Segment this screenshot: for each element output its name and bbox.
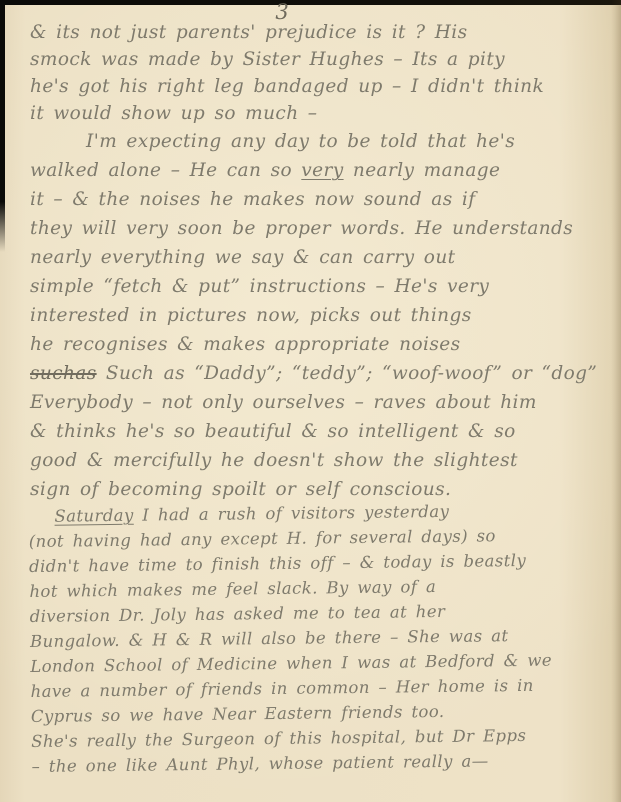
handwritten-line: smock was made by Sister Hughes – Its a … [30,46,608,73]
letter-paragraph: I'm expecting any day to be told that he… [30,127,608,504]
text-segment: & its not just parents' prejudice is it … [30,22,467,43]
handwritten-line: he's got his right leg bandaged up – I d… [30,73,608,100]
text-segment: diversion Dr. Joly has asked me to tea a… [30,602,446,626]
text-segment: Bungalow. & H & R will also be there – S… [30,626,509,651]
handwritten-line: it – & the noises he makes now sound as … [30,185,608,214]
handwritten-line: good & mercifully he doesn't show the sl… [30,446,608,475]
text-segment: he's got his right leg bandaged up – I d… [30,76,544,97]
handwritten-line: interested in pictures now, picks out th… [30,301,608,330]
handwritten-line: & thinks he's so beautiful & so intellig… [30,417,608,446]
text-segment: (not having had any except H. for severa… [29,526,496,551]
handwritten-line: nearly everything we say & can carry out [30,243,608,272]
text-segment: have a number of friends in common – Her… [30,676,533,701]
handwritten-line: he recognises & makes appropriate noises [30,330,608,359]
text-segment: didn't have time to finish this off – & … [29,551,526,576]
text-segment: Such as “Daddy”; “teddy”; “woof-woof” or… [97,363,598,384]
letter-paragraph: & its not just parents' prejudice is it … [30,19,608,127]
letter-paragraph: Saturday I had a rush of visitors yester… [28,497,609,779]
text-segment: good & mercifully he doesn't show the sl… [30,450,518,471]
text-segment: Everybody – not only ourselves – raves a… [30,392,537,413]
text-segment: smock was made by Sister Hughes – Its a … [30,49,505,70]
underlined-word: very [301,160,343,181]
text-segment: I'm expecting any day to be told that he… [86,131,515,152]
text-segment: he recognises & makes appropriate noises [30,334,460,355]
text-segment: nearly manage [344,160,501,181]
handwritten-line: suchas Such as “Daddy”; “teddy”; “woof-w… [30,359,608,388]
text-segment: Cyprus so we have Near Eastern friends t… [31,702,445,726]
text-segment: – the one like Aunt Phyl, whose patient … [31,751,488,776]
text-segment: & thinks he's so beautiful & so intellig… [30,421,516,442]
handwritten-line: I'm expecting any day to be told that he… [30,127,608,156]
handwritten-line: & its not just parents' prejudice is it … [30,19,608,46]
handwritten-line: walked alone – He can so very nearly man… [30,156,608,185]
text-segment: it would show up so much – [30,103,317,124]
text-segment: London School of Medicine when I was at … [30,651,552,676]
letter-body: & its not just parents' prejudice is it … [30,19,608,779]
text-segment: I had a rush of visitors yesterday [134,502,450,525]
text-segment: walked alone – He can so [30,160,301,181]
text-segment: sign of becoming spoilt or self consciou… [30,479,451,500]
scanned-letter-page: 3 & its not just parents' prejudice is i… [0,0,621,802]
paper-edge-shadow [611,0,621,802]
text-segment: it – & the noises he makes now sound as … [30,189,475,210]
underlined-word: Saturday [54,506,133,526]
scan-edge-top [0,0,621,5]
text-segment: interested in pictures now, picks out th… [30,305,472,326]
handwritten-line: simple “fetch & put” instructions – He's… [30,272,608,301]
scan-edge-left [0,0,5,252]
handwritten-line: it would show up so much – [30,100,608,127]
handwritten-line: Everybody – not only ourselves – raves a… [30,388,608,417]
struck-out-word: suchas [30,363,97,384]
handwritten-line: they will very soon be proper words. He … [30,214,608,243]
text-segment: simple “fetch & put” instructions – He's… [30,276,489,297]
text-segment: they will very soon be proper words. He … [30,218,573,239]
text-segment: nearly everything we say & can carry out [30,247,455,268]
text-segment: She's really the Surgeon of this hospita… [31,726,526,751]
text-segment: hot which makes me feel slack. By way of… [29,577,436,601]
